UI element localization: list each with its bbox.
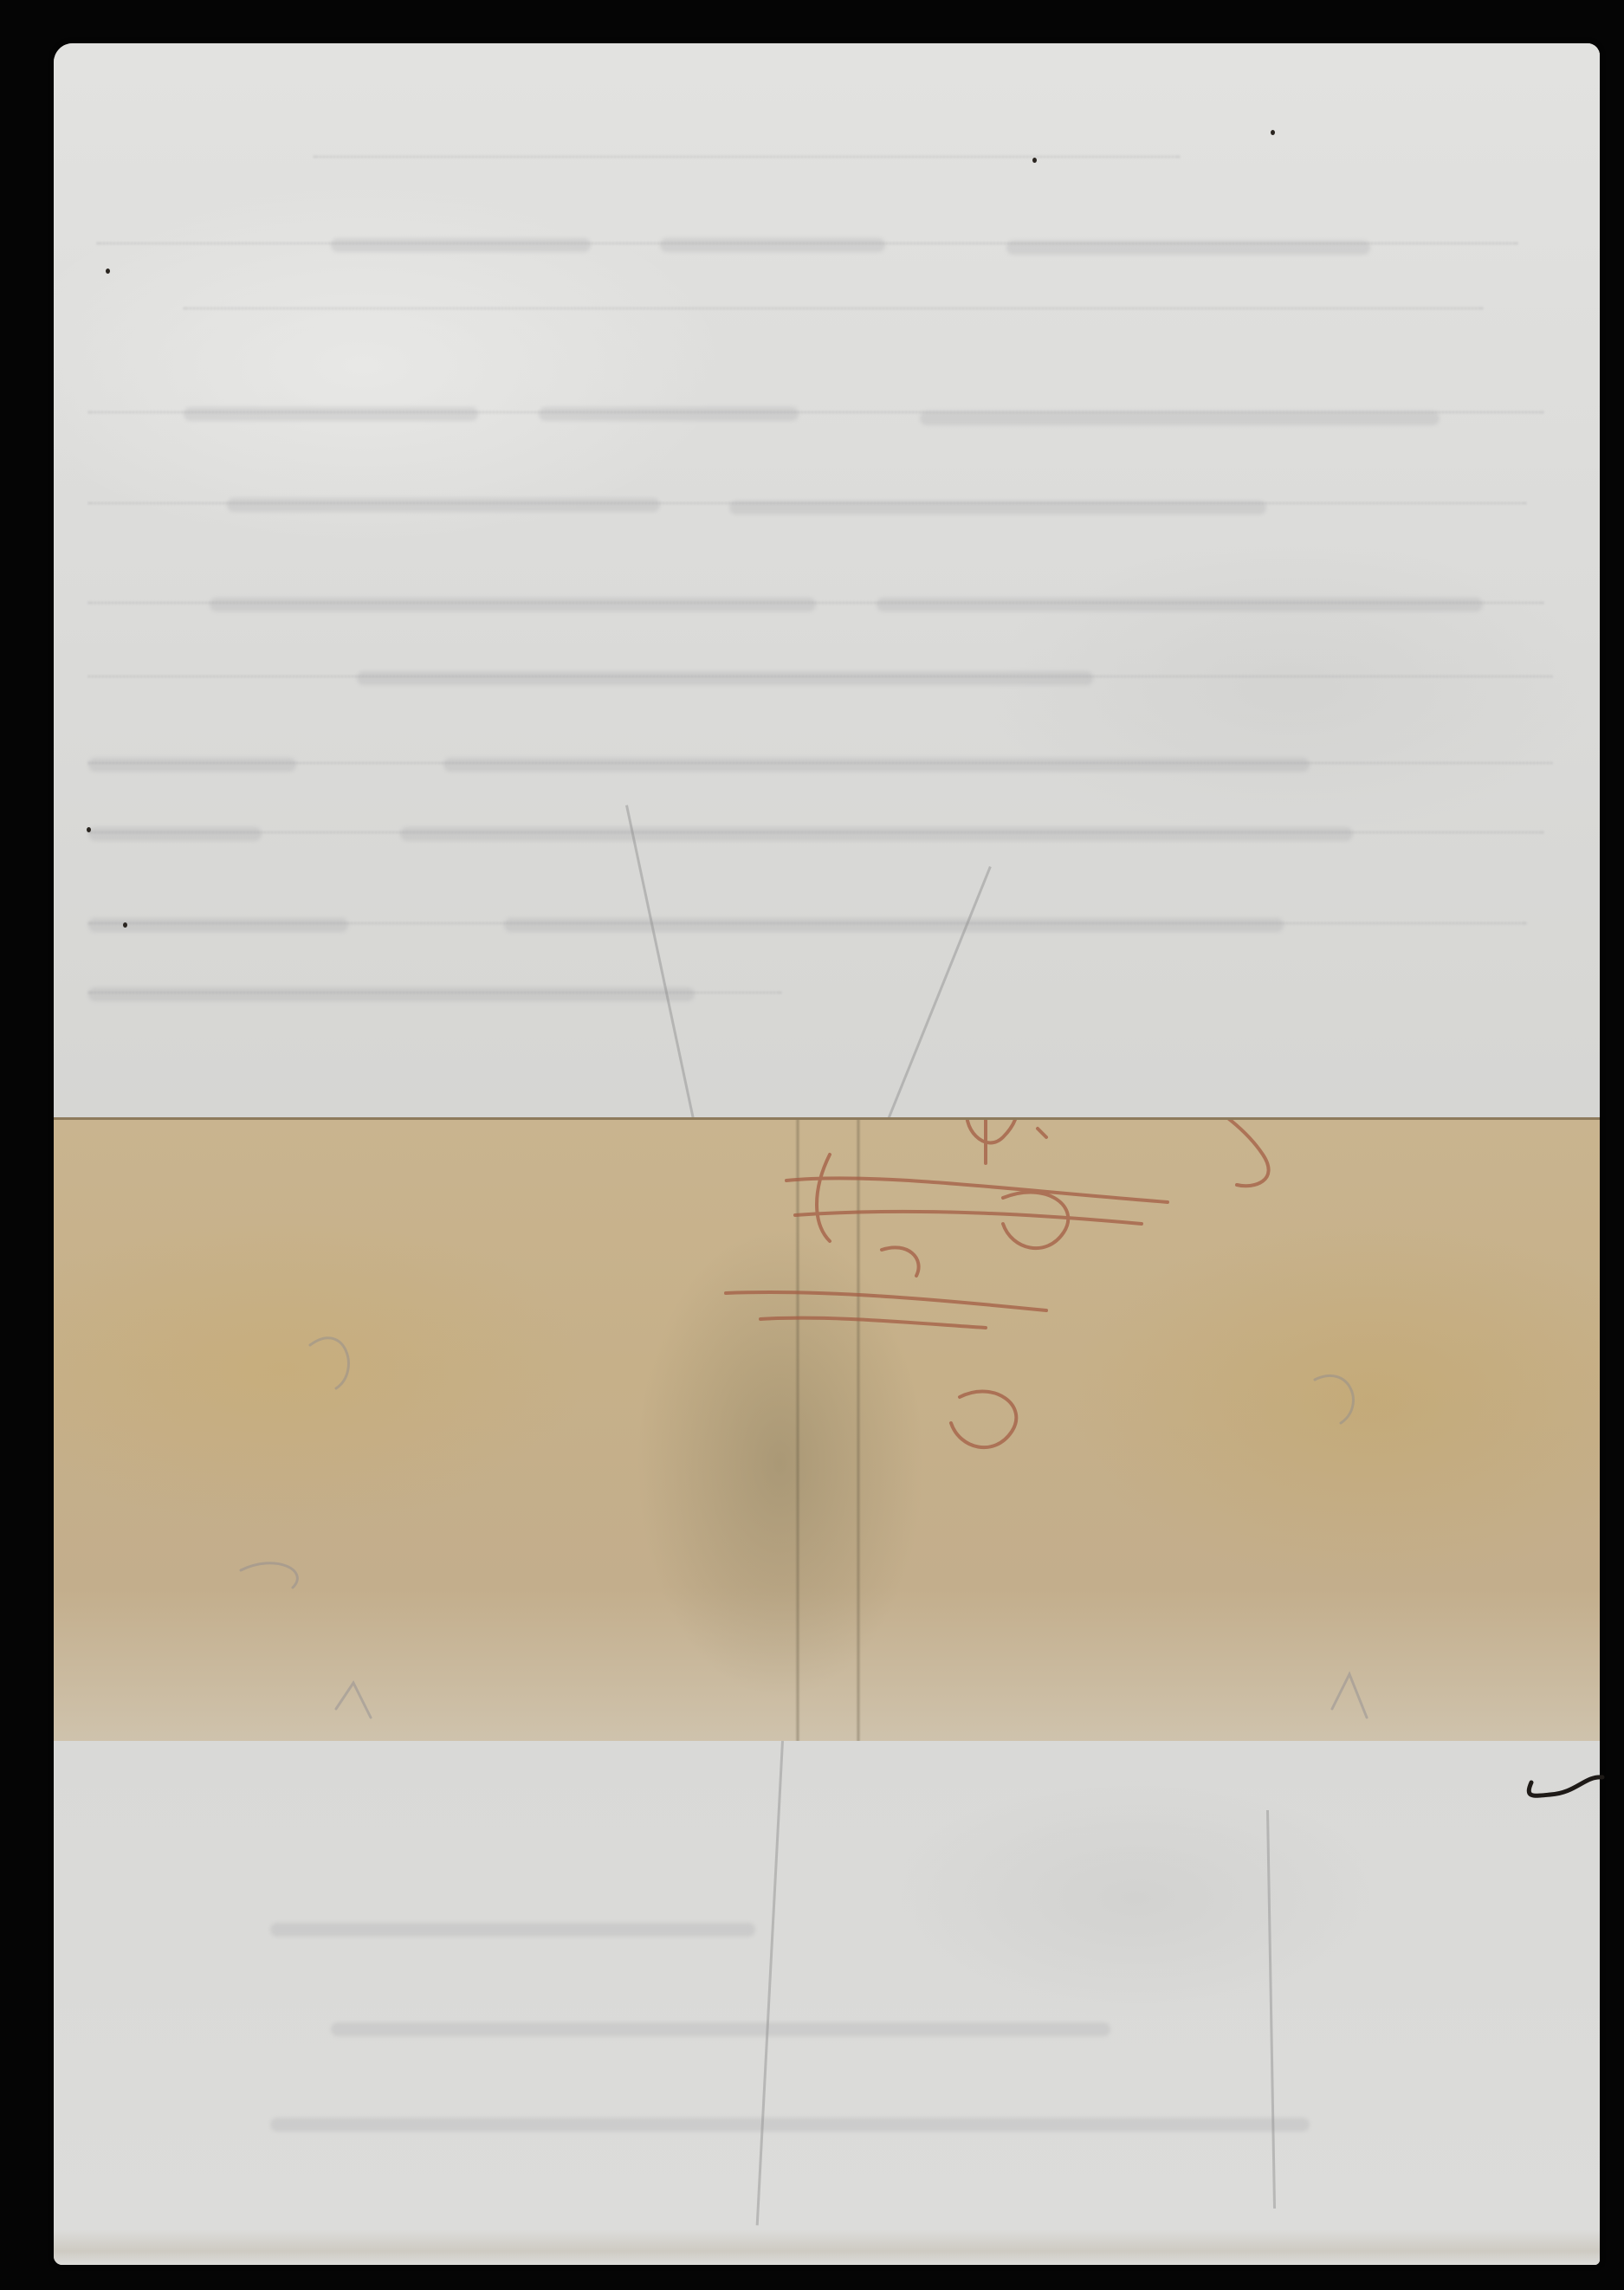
- stain-band: [54, 1117, 1600, 1746]
- vertical-crease: [1266, 1810, 1276, 2209]
- pinhole: [1032, 158, 1037, 163]
- upper-panel: [54, 43, 1600, 1117]
- manuscript-leaf: [54, 43, 1600, 2265]
- lower-panel: [54, 1741, 1600, 2265]
- torn-bottom-edge: [54, 2230, 1600, 2265]
- diagonal-crease: [876, 866, 992, 1148]
- pinhole: [106, 268, 110, 274]
- pinhole: [123, 922, 127, 928]
- loose-thread: [1516, 1767, 1611, 1819]
- rubric-flourishes: [54, 1120, 1600, 1743]
- pinhole: [1271, 130, 1275, 135]
- vertical-crease: [756, 1741, 784, 2225]
- pinhole: [87, 827, 91, 832]
